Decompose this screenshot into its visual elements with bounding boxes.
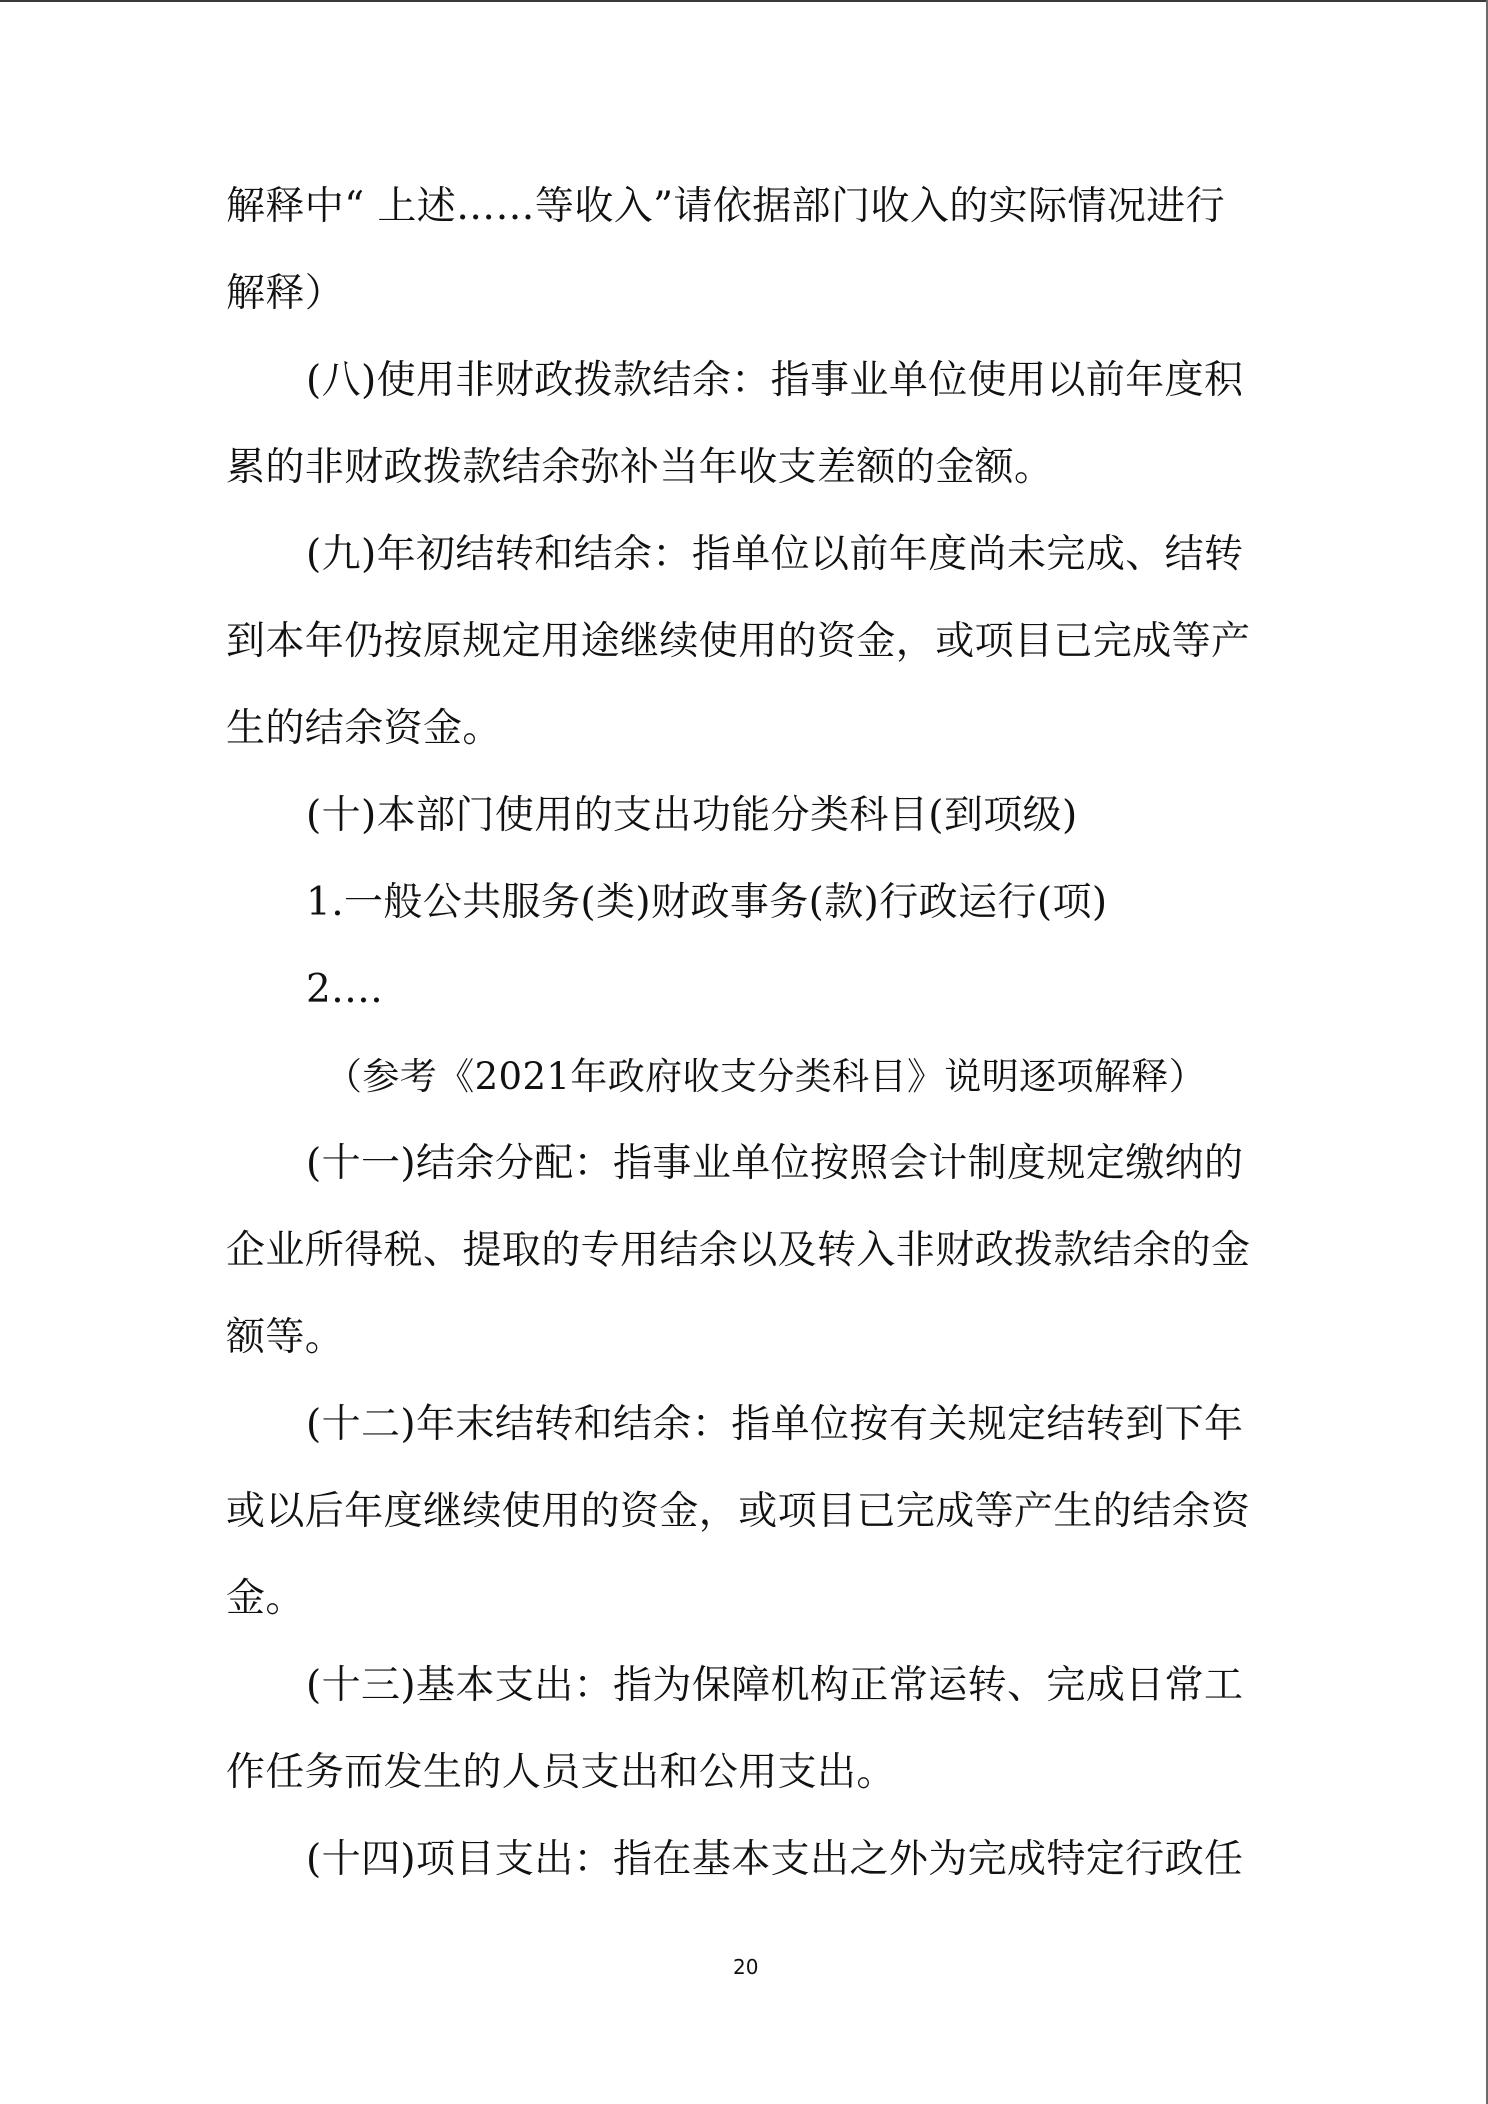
paragraph-9-line-3: 生的结余资金。 xyxy=(226,705,502,753)
paragraph-13-line-1: (十三)基本支出：指为保障机构正常运转、完成日常工 xyxy=(306,1662,1243,1710)
paragraph-14-line-1: (十四)项目支出：指在基本支出之外为完成特定行政任 xyxy=(306,1836,1243,1884)
paragraph-9-line-1: (九)年初结转和结余：指单位以前年度尚未完成、结转 xyxy=(306,531,1243,579)
paragraph-8-line-1: (八)使用非财政拨款结余：指事业单位使用以前年度积 xyxy=(306,357,1243,405)
paragraph-8-line-2: 累的非财政拨款结余弥补当年收支差额的金额。 xyxy=(226,444,1053,492)
page-border-top xyxy=(0,0,1488,2)
paragraph-12-line-2: 或以后年度继续使用的资金，或项目已完成等产生的结余资 xyxy=(226,1488,1250,1536)
paragraph-9-line-2: 到本年仍按原规定用途继续使用的资金，或项目已完成等产 xyxy=(226,618,1250,666)
paragraph-10-item-1: 1.一般公共服务(类)财政事务(款)行政运行(项) xyxy=(306,879,1108,927)
reference-note: （参考《2021年政府收支分类科目》说明逐项解释） xyxy=(325,1053,1206,1101)
paragraph-11-line-3: 额等。 xyxy=(226,1314,344,1362)
paragraph-11-line-2: 企业所得税、提取的专用结余以及转入非财政拨款结余的金 xyxy=(226,1227,1250,1275)
paragraph-10-item-2: 2.… xyxy=(306,966,383,1014)
paragraph-10-heading: (十)本部门使用的支出功能分类科目(到项级) xyxy=(306,792,1078,840)
page-number: 20 xyxy=(733,1954,758,1980)
text-line-explanation-end: 解释） xyxy=(226,270,344,318)
paragraph-12-line-1: (十二)年末结转和结余：指单位按有关规定结转到下年 xyxy=(306,1401,1243,1449)
paragraph-11-line-1: (十一)结余分配：指事业单位按照会计制度规定缴纳的 xyxy=(306,1140,1243,1188)
paragraph-13-line-2: 作任务而发生的人员支出和公用支出。 xyxy=(226,1749,896,1797)
paragraph-12-line-3: 金。 xyxy=(226,1575,305,1623)
text-line-explanation-continued: 解释中“ 上述……等收入”请依据部门收入的实际情况进行 xyxy=(226,183,1225,231)
